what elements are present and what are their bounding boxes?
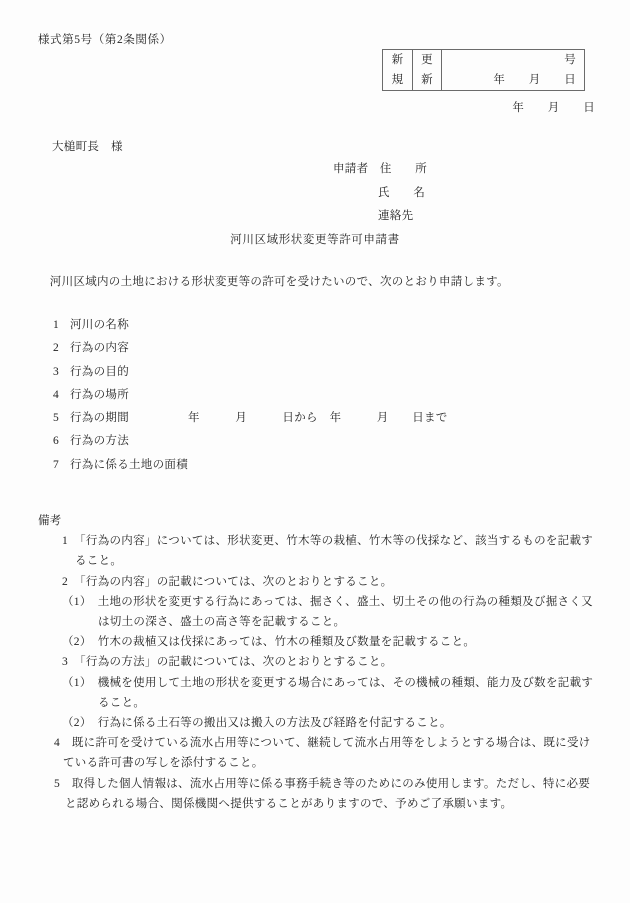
list-item-label: 行為の方法 — [70, 435, 129, 447]
status-cell-renew: 更 新 — [413, 50, 442, 90]
applicant-block: 申請者住 所 氏 名 連絡先 — [333, 158, 427, 229]
list-item-number: 5 — [53, 407, 70, 430]
remarks-heading: 備考 — [38, 511, 610, 531]
applicant-contact-label: 連絡先 — [378, 210, 413, 222]
remarks-line: 4 既に許可を受けている流水占用等について、継続して流水占用等をしようとする場合… — [38, 733, 610, 753]
list-item: 3行為の目的 — [53, 361, 448, 384]
status-renew-char-top: 更 — [413, 51, 441, 71]
list-item-number: 3 — [53, 361, 70, 384]
status-cell-body: 号 年 月 日 — [442, 50, 584, 90]
remarks-line: は切土の深さ、盛土の高さ等を記載すること。 — [38, 612, 610, 632]
remarks-line: ること。 — [38, 693, 610, 713]
list-item-label: 行為の期間 年 月 日から 年 月 日まで — [70, 412, 448, 424]
applicant-name-label: 氏 名 — [378, 187, 425, 199]
status-new-char-top: 新 — [383, 51, 412, 71]
submission-date-line: 年 月 日 — [382, 99, 595, 115]
list-item-number: 4 — [53, 384, 70, 407]
status-renew-char-bottom: 新 — [413, 71, 441, 91]
status-new-char-bottom: 規 — [383, 71, 412, 91]
list-item-label: 行為の場所 — [70, 389, 129, 401]
list-item: 6行為の方法 — [53, 430, 448, 453]
document-page: 様式第5号（第2条関係） 新 規 更 新 号 年 月 日 年 月 日 大槌町長 … — [0, 0, 630, 903]
applicant-label: 申請者 — [333, 163, 368, 175]
permit-number-suffix: 号 — [442, 51, 576, 71]
list-item-label: 行為の目的 — [70, 366, 129, 378]
list-item-label: 行為の内容 — [70, 342, 129, 354]
list-item-number: 6 — [53, 430, 70, 453]
remarks-line: ている許可書の写しを添付すること。 — [38, 753, 610, 773]
list-item-number: 2 — [53, 337, 70, 360]
list-item-number: 1 — [53, 314, 70, 337]
remarks-line: と認められる場合、関係機関へ提供することがありますので、予めご了承願います。 — [38, 794, 610, 814]
list-item: 4行為の場所 — [53, 384, 448, 407]
remarks-line: 1 「行為の内容」については、形状変更、竹木等の栽植、竹木等の伐採など、該当する… — [38, 531, 610, 551]
remarks-line: （2） 竹木の裁植又は伐採にあっては、竹木の種類及び数量を記載すること。 — [38, 632, 610, 652]
remarks-line: ること。 — [38, 551, 610, 571]
list-item-label: 行為に係る土地の面積 — [70, 459, 188, 471]
document-title: 河川区域形状変更等許可申請書 — [0, 231, 630, 247]
remarks-line: （1） 土地の形状を変更する行為にあっては、掘さく、盛土、切土その他の行為の種類… — [38, 592, 610, 612]
list-item: 2行為の内容 — [53, 337, 448, 360]
list-item: 1河川の名称 — [53, 314, 448, 337]
addressee: 大槌町長 様 — [52, 138, 123, 154]
remarks-line: 5 取得した個人情報は、流水占用等に係る事務手続き等のためにのみ使用します。ただ… — [38, 774, 610, 794]
status-cell-new: 新 規 — [383, 50, 413, 90]
list-item: 7行為に係る土地の面積 — [53, 454, 448, 477]
remarks-line: （1） 機械を使用して土地の形状を変更する場合にあっては、その機械の種類、能力及… — [38, 673, 610, 693]
remarks-section: 備考 1 「行為の内容」については、形状変更、竹木等の栽植、竹木等の伐採など、該… — [38, 511, 610, 814]
remarks-line: 2 「行為の内容」の記載については、次のとおりとすること。 — [38, 572, 610, 592]
list-item-number: 7 — [53, 454, 70, 477]
remarks-line: （2） 行為に係る土石等の搬出又は搬入の方法及び経路を付記すること。 — [38, 713, 610, 733]
list-item-period: 5行為の期間 年 月 日から 年 月 日まで — [53, 407, 448, 430]
permit-date-placeholder: 年 月 日 — [442, 71, 576, 91]
status-table: 新 規 更 新 号 年 月 日 — [382, 49, 585, 91]
remarks-line: 3 「行為の方法」の記載については、次のとおりとすること。 — [38, 652, 610, 672]
list-item-label: 河川の名称 — [70, 319, 129, 331]
form-number: 様式第5号（第2条関係） — [38, 31, 172, 47]
applicant-address-label: 住 所 — [380, 163, 427, 175]
intro-sentence: 河川区域内の土地における形状変更等の許可を受けたいので、次のとおり申請します。 — [38, 273, 509, 289]
application-items-list: 1河川の名称 2行為の内容 3行為の目的 4行為の場所 5行為の期間 年 月 日… — [53, 314, 448, 477]
